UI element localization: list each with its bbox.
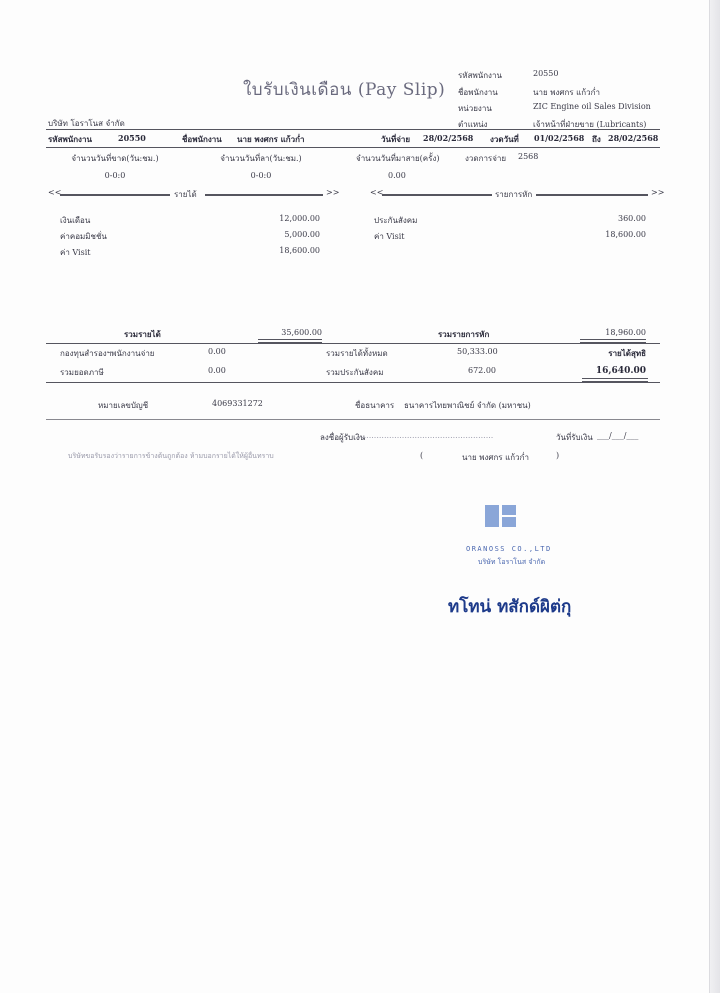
- employee-name-label: ชื่อพนักงาน: [458, 86, 498, 99]
- divider: [46, 147, 660, 148]
- receive-date-blank: ___/___/___: [597, 431, 638, 440]
- provident-value: 0.00: [208, 347, 226, 356]
- income-line-left: [60, 194, 170, 196]
- bank-name: ธนาคารไทยพาณิชย์ จำกัด (มหาชน): [404, 399, 531, 412]
- income-total: 35,600.00: [258, 328, 322, 337]
- pay-period-value: 2568: [518, 152, 538, 161]
- income-item-amount: 5,000.00: [220, 230, 320, 239]
- logo-text-en: ORANOSS CO.,LTD: [466, 545, 552, 553]
- summary-employee-name-label: ชื่อพนักงาน: [182, 133, 222, 146]
- summary-employee-id-label: รหัสพนักงาน: [48, 133, 92, 146]
- deduction-item-label: ประกันสังคม: [374, 214, 417, 227]
- pay-date: 28/02/2568: [423, 133, 473, 143]
- absent-label: จำนวนวันที่ขาด(วัน:ชม.): [60, 152, 170, 165]
- account-number: 4069331272: [212, 399, 263, 408]
- pay-date-label: วันที่จ่าย: [381, 133, 410, 146]
- leave-label: จำนวนวันที่ลา(วัน:ชม.): [206, 152, 316, 165]
- department-value: ZIC Engine oil Sales Division: [533, 102, 651, 111]
- income-item-label: ค่า Visit: [60, 246, 90, 259]
- provident-label: กองทุนสำรองฯพนักงานจ่าย: [60, 347, 155, 360]
- deduction-item-amount: 360.00: [546, 214, 646, 223]
- deduction-section-label: รายการหัก: [495, 188, 532, 201]
- authorized-signature: ทโทน่ ทสักด์ผิต่กุ: [448, 593, 571, 620]
- deduction-line-right: [536, 194, 648, 196]
- divider: [46, 343, 660, 344]
- deduction-line-left: [382, 194, 492, 196]
- income-line-right: [205, 194, 323, 196]
- deduction-item-amount: 18,600.00: [546, 230, 646, 239]
- period-to-label: ถึง: [592, 133, 601, 146]
- close-paren: ): [556, 451, 559, 460]
- deduction-arrow-right: >>: [651, 188, 664, 197]
- divider: [46, 419, 660, 420]
- divider: [46, 382, 660, 383]
- period-from: 01/02/2568: [534, 133, 584, 143]
- employee-id-label: รหัสพนักงาน: [458, 69, 502, 82]
- page-title: ใบรับเงินเดือน (Pay Slip): [243, 76, 445, 103]
- page-edge: [709, 0, 720, 993]
- net-income-label: รายได้สุทธิ: [570, 347, 646, 360]
- summary-employee-name: นาย พงศกร แก้วก่ำ: [237, 133, 304, 146]
- open-paren: (: [420, 451, 423, 460]
- income-item-label: เงินเดือน: [60, 214, 90, 227]
- pay-period-label: งวดการจ่าย: [465, 152, 506, 165]
- tax-label: รวมยอดภาษี: [60, 366, 104, 379]
- account-label: หมายเลขบัญชี: [98, 399, 148, 412]
- income-item-amount: 12,000.00: [220, 214, 320, 223]
- company-logo-icon: [485, 505, 525, 535]
- income-total-label: รวมรายได้: [124, 328, 161, 341]
- late-value: 0.00: [388, 171, 406, 180]
- department-label: หน่วยงาน: [458, 102, 492, 115]
- ytd-income-label: รวมรายได้ทั้งหมด: [326, 347, 388, 360]
- receiver-name: นาย พงศกร แก้วก่ำ: [462, 451, 529, 464]
- deduction-total: 18,960.00: [580, 328, 646, 337]
- late-label: จำนวนวันที่มาสาย(ครั้ง): [356, 152, 439, 165]
- deduction-total-label: รวมรายการหัก: [438, 328, 489, 341]
- bank-label: ชื่อธนาคาร: [355, 399, 394, 412]
- net-income-value: 16,640.00: [570, 366, 646, 376]
- divider: [46, 129, 660, 130]
- ytd-income-value: 50,333.00: [457, 347, 498, 356]
- ytd-ss-label: รวมประกันสังคม: [326, 366, 383, 379]
- income-arrow-right: >>: [326, 188, 339, 197]
- deduction-item-label: ค่า Visit: [374, 230, 404, 243]
- employee-name-value: นาย พงศกร แก้วก่ำ: [533, 86, 600, 99]
- ytd-ss-value: 672.00: [440, 366, 496, 375]
- logo-text-th: บริษัท โอราโนส จำกัด: [478, 557, 545, 568]
- period-label: งวดวันที่: [490, 133, 519, 146]
- leave-value: 0-0:0: [206, 171, 316, 180]
- summary-employee-id: 20550: [118, 133, 146, 143]
- absent-value: 0-0:0: [60, 171, 170, 180]
- employee-id-value: 20550: [533, 69, 558, 78]
- receive-date-label: วันที่รับเงิน: [556, 431, 593, 444]
- income-section-label: รายได้: [174, 188, 197, 201]
- tax-value: 0.00: [208, 366, 226, 375]
- income-item-amount: 18,600.00: [220, 246, 320, 255]
- income-item-label: ค่าคอมมิชชั่น: [60, 230, 107, 243]
- period-to: 28/02/2568: [608, 133, 658, 143]
- confirm-note: บริษัทขอรับรองว่ารายการข้างต้นถูกต้อง ห้…: [68, 451, 274, 462]
- receiver-dots: ........................................…: [356, 431, 493, 440]
